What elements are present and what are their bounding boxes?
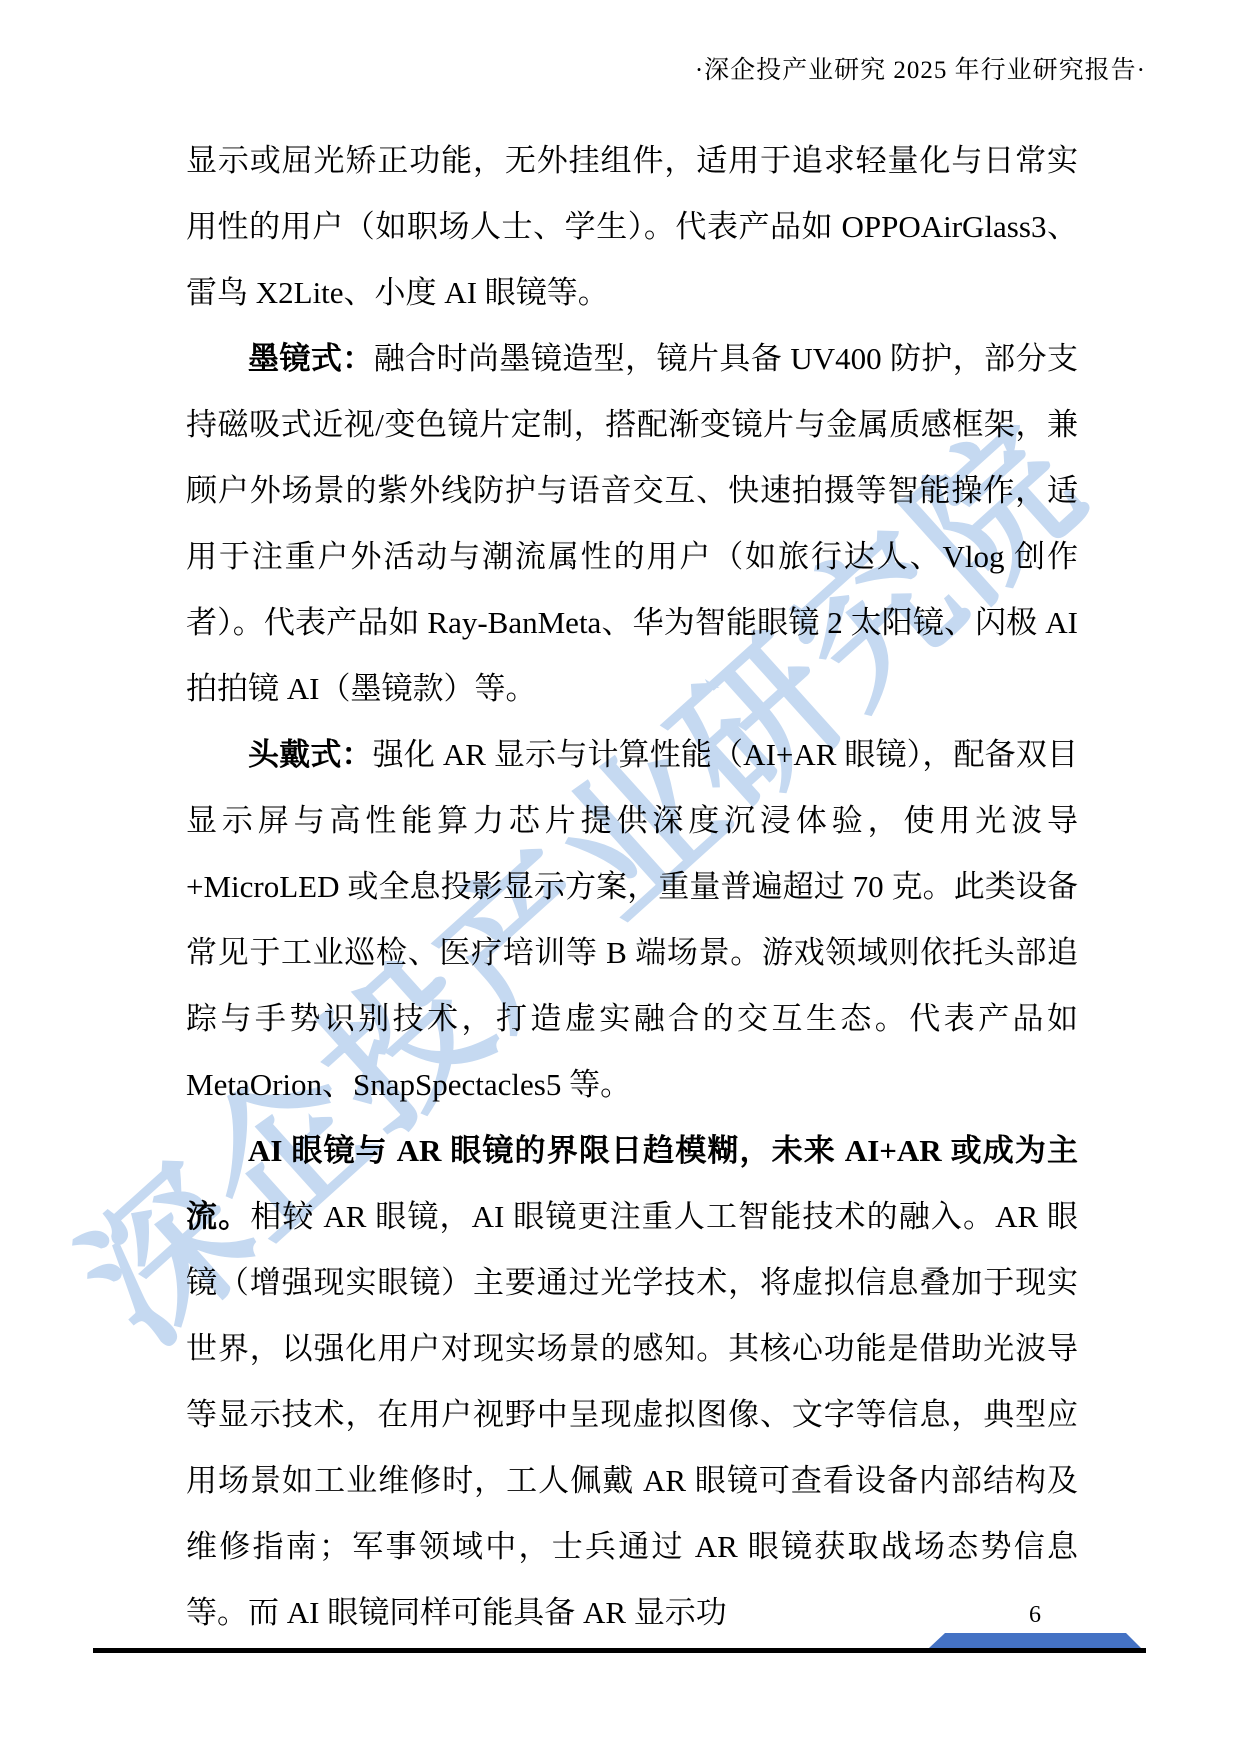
paragraph-text: 相较 AR 眼镜，AI 眼镜更注重人工智能技术的融入。AR 眼镜（增强现实眼镜）…: [186, 1199, 1078, 1630]
page-number-tab: [929, 1633, 1141, 1648]
footer-rule: [93, 1648, 1146, 1653]
report-page: 深企投产业研究院 ·深企投产业研究 2025 年行业研究报告· 显示或屈光矫正功…: [0, 0, 1241, 1754]
paragraph-text: 强化 AR 显示与计算性能（AI+AR 眼镜），配备双目显示屏与高性能算力芯片提…: [186, 737, 1078, 1102]
paragraph: 头戴式：强化 AR 显示与计算性能（AI+AR 眼镜），配备双目显示屏与高性能算…: [186, 722, 1078, 1118]
paragraph: 墨镜式：融合时尚墨镜造型，镜片具备 UV400 防护，部分支持磁吸式近视/变色镜…: [186, 326, 1078, 722]
body-text: 显示或屈光矫正功能，无外挂组件，适用于追求轻量化与日常实用性的用户（如职场人士、…: [186, 128, 1078, 1646]
page-header: ·深企投产业研究 2025 年行业研究报告·: [695, 50, 1146, 86]
paragraph: AI 眼镜与 AR 眼镜的界限日趋模糊，未来 AI+AR 或成为主流。相较 AR…: [186, 1118, 1078, 1646]
paragraph: 显示或屈光矫正功能，无外挂组件，适用于追求轻量化与日常实用性的用户（如职场人士、…: [186, 128, 1078, 326]
paragraph-lead: 头戴式：: [248, 737, 373, 772]
paragraph-text: 显示或屈光矫正功能，无外挂组件，适用于追求轻量化与日常实用性的用户（如职场人士、…: [186, 143, 1078, 310]
page-number: 6: [929, 1600, 1141, 1630]
paragraph-text: 融合时尚墨镜造型，镜片具备 UV400 防护，部分支持磁吸式近视/变色镜片定制，…: [186, 341, 1078, 706]
paragraph-lead: 墨镜式：: [248, 341, 374, 376]
